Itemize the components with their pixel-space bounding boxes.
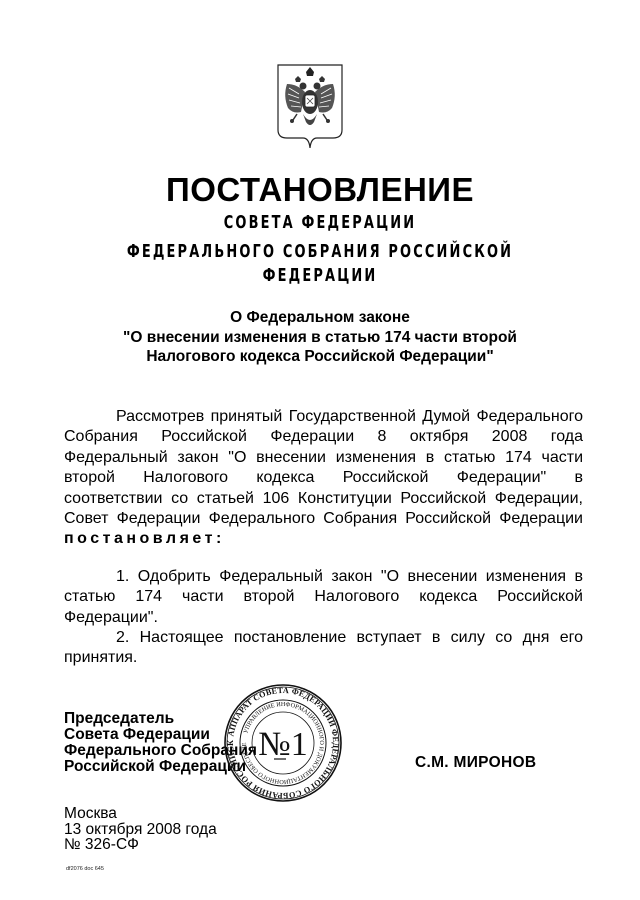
footer-doc-ref: df2076 doc 645 <box>66 866 104 873</box>
preamble-line: второй Налогового кодекса Российской Фед… <box>64 468 583 488</box>
seal-number: №1 <box>258 726 307 763</box>
resolves-word: постановляет: <box>64 529 583 549</box>
clause-2: 2. Настоящее постановление вступает в си… <box>64 628 583 669</box>
clause-line: статью 174 части второй Налогового кодек… <box>64 587 583 607</box>
preamble-line: Собрания Российской Федерации 8 октября … <box>64 427 583 447</box>
issuer-line-1: СОВЕТА ФЕДЕРАЦИИ <box>90 211 551 235</box>
clause-line: 1. Одобрить Федеральный закон "О внесени… <box>64 567 583 587</box>
preamble-paragraph: Рассмотрев принятый Государственной Думо… <box>64 407 583 550</box>
law-heading: О Федеральном законе "О внесении изменен… <box>0 308 640 367</box>
preamble-line: Совет Федерации Федерального Собрания Ро… <box>64 509 583 529</box>
preamble-line: соответствии со статьей 106 Конституции … <box>64 489 583 509</box>
document-title: ПОСТАНОВЛЕНИЕ <box>0 170 640 210</box>
issuer-line-2: ФЕДЕРАЛЬНОГО СОБРАНИЯ РОССИЙСКОЙ ФЕДЕРАЦ… <box>90 240 551 288</box>
city: Москва <box>64 806 217 822</box>
law-heading-line: О Федеральном законе <box>0 308 640 328</box>
clause-1: 1. Одобрить Федеральный закон "О внесени… <box>64 567 583 628</box>
russian-coat-of-arms-icon <box>275 62 345 152</box>
preamble-line: Рассмотрев принятый Государственной Думо… <box>64 407 583 427</box>
document-number: № 326-СФ <box>64 837 217 853</box>
place-date-block: Москва 13 октября 2008 года № 326-СФ <box>64 806 217 853</box>
law-heading-line: Налогового кодекса Российской Федерации" <box>0 347 640 367</box>
preamble-line: Федеральный закон "О внесении изменения … <box>64 448 583 468</box>
clause-line: Федерации". <box>64 608 583 628</box>
official-seal: АППАРАТ СОВЕТА ФЕДЕРАЦИИ ФЕДЕРАЛЬНОГО СО… <box>222 682 344 804</box>
law-heading-line: "О внесении изменения в статью 174 части… <box>0 328 640 348</box>
date: 13 октября 2008 года <box>64 822 217 838</box>
signatory-name: С.М. МИРОНОВ <box>415 754 536 772</box>
clause-line: принятия. <box>64 648 583 668</box>
clause-line: 2. Настоящее постановление вступает в си… <box>64 628 583 648</box>
official-seal-icon: АППАРАТ СОВЕТА ФЕДЕРАЦИИ ФЕДЕРАЛЬНОГО СО… <box>222 682 344 804</box>
coat-of-arms-emblem <box>275 62 345 152</box>
